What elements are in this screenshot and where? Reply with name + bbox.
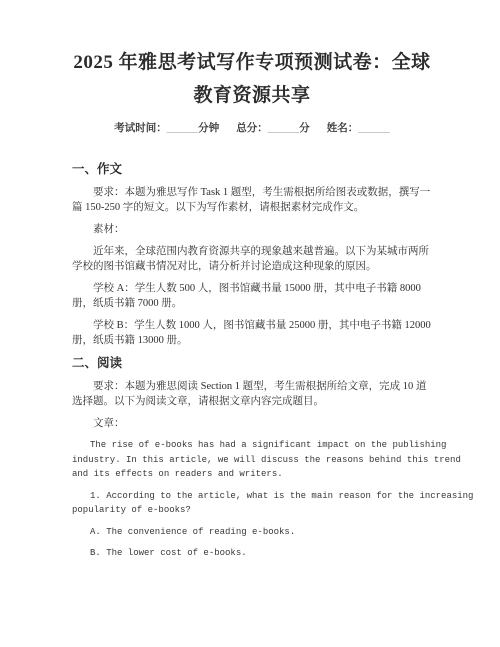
school-b-data-paragraph: 学校 B：学生人数 1000 人，图书馆藏书量 25000 册，其中电子书籍 1… [72,318,432,348]
exam-meta-line: 考试时间：______分钟总分：______分姓名：______ [72,120,432,135]
page-title: 2025 年雅思考试写作专项预测试卷：全球教育资源共享 [72,46,432,112]
material-intro-paragraph: 近年来，全球范围内教育资源共享的现象越来越普遍。以下为某城市两所学校的图书馆藏书… [72,244,432,274]
total-score-blank: ______ [268,123,300,134]
material-label: 素材： [72,222,432,237]
exam-time-field: 考试时间：______分钟 [114,120,219,135]
exam-time-blank: ______ [167,123,199,134]
school-a-data-paragraph: 学校 A：学生人数 500 人，图书馆藏书量 15000 册，其中电子书籍 80… [72,281,432,311]
section-writing: 一、作文 要求：本题为雅思写作 Task 1 题型，考生需根据所给图表或数据，撰… [72,162,432,348]
exam-paper-page: 2025 年雅思考试写作专项预测试卷：全球教育资源共享 考试时间：______分… [0,0,500,647]
total-score-field: 总分：______分 [236,120,310,135]
name-label: 姓名： [327,123,359,134]
section-reading-heading: 二、阅读 [72,356,432,371]
total-score-label: 总分： [236,123,268,134]
exam-time-label: 考试时间： [114,123,167,134]
section-reading: 二、阅读 要求：本题为雅思阅读 Section 1 题型，考生需根据所给文章，完… [72,356,432,561]
option-b-paragraph: B. The lower cost of e-books. [72,546,474,561]
writing-requirements-paragraph: 要求：本题为雅思写作 Task 1 题型，考生需根据所给图表或数据，撰写一篇 1… [72,185,432,215]
option-a-paragraph: A. The convenience of reading e-books. [72,525,474,540]
name-blank: ______ [358,123,390,134]
name-field: 姓名：______ [327,120,390,135]
total-score-unit: 分 [299,123,310,134]
reading-requirements-paragraph: 要求：本题为雅思阅读 Section 1 题型，考生需根据所给文章，完成 10 … [72,379,432,409]
exam-time-unit: 分钟 [198,123,219,134]
article-label: 文章： [72,416,432,431]
question-1-paragraph: 1. According to the article, what is the… [72,489,474,518]
section-writing-heading: 一、作文 [72,162,432,177]
article-body-paragraph: The rise of e-books has had a significan… [72,438,474,482]
